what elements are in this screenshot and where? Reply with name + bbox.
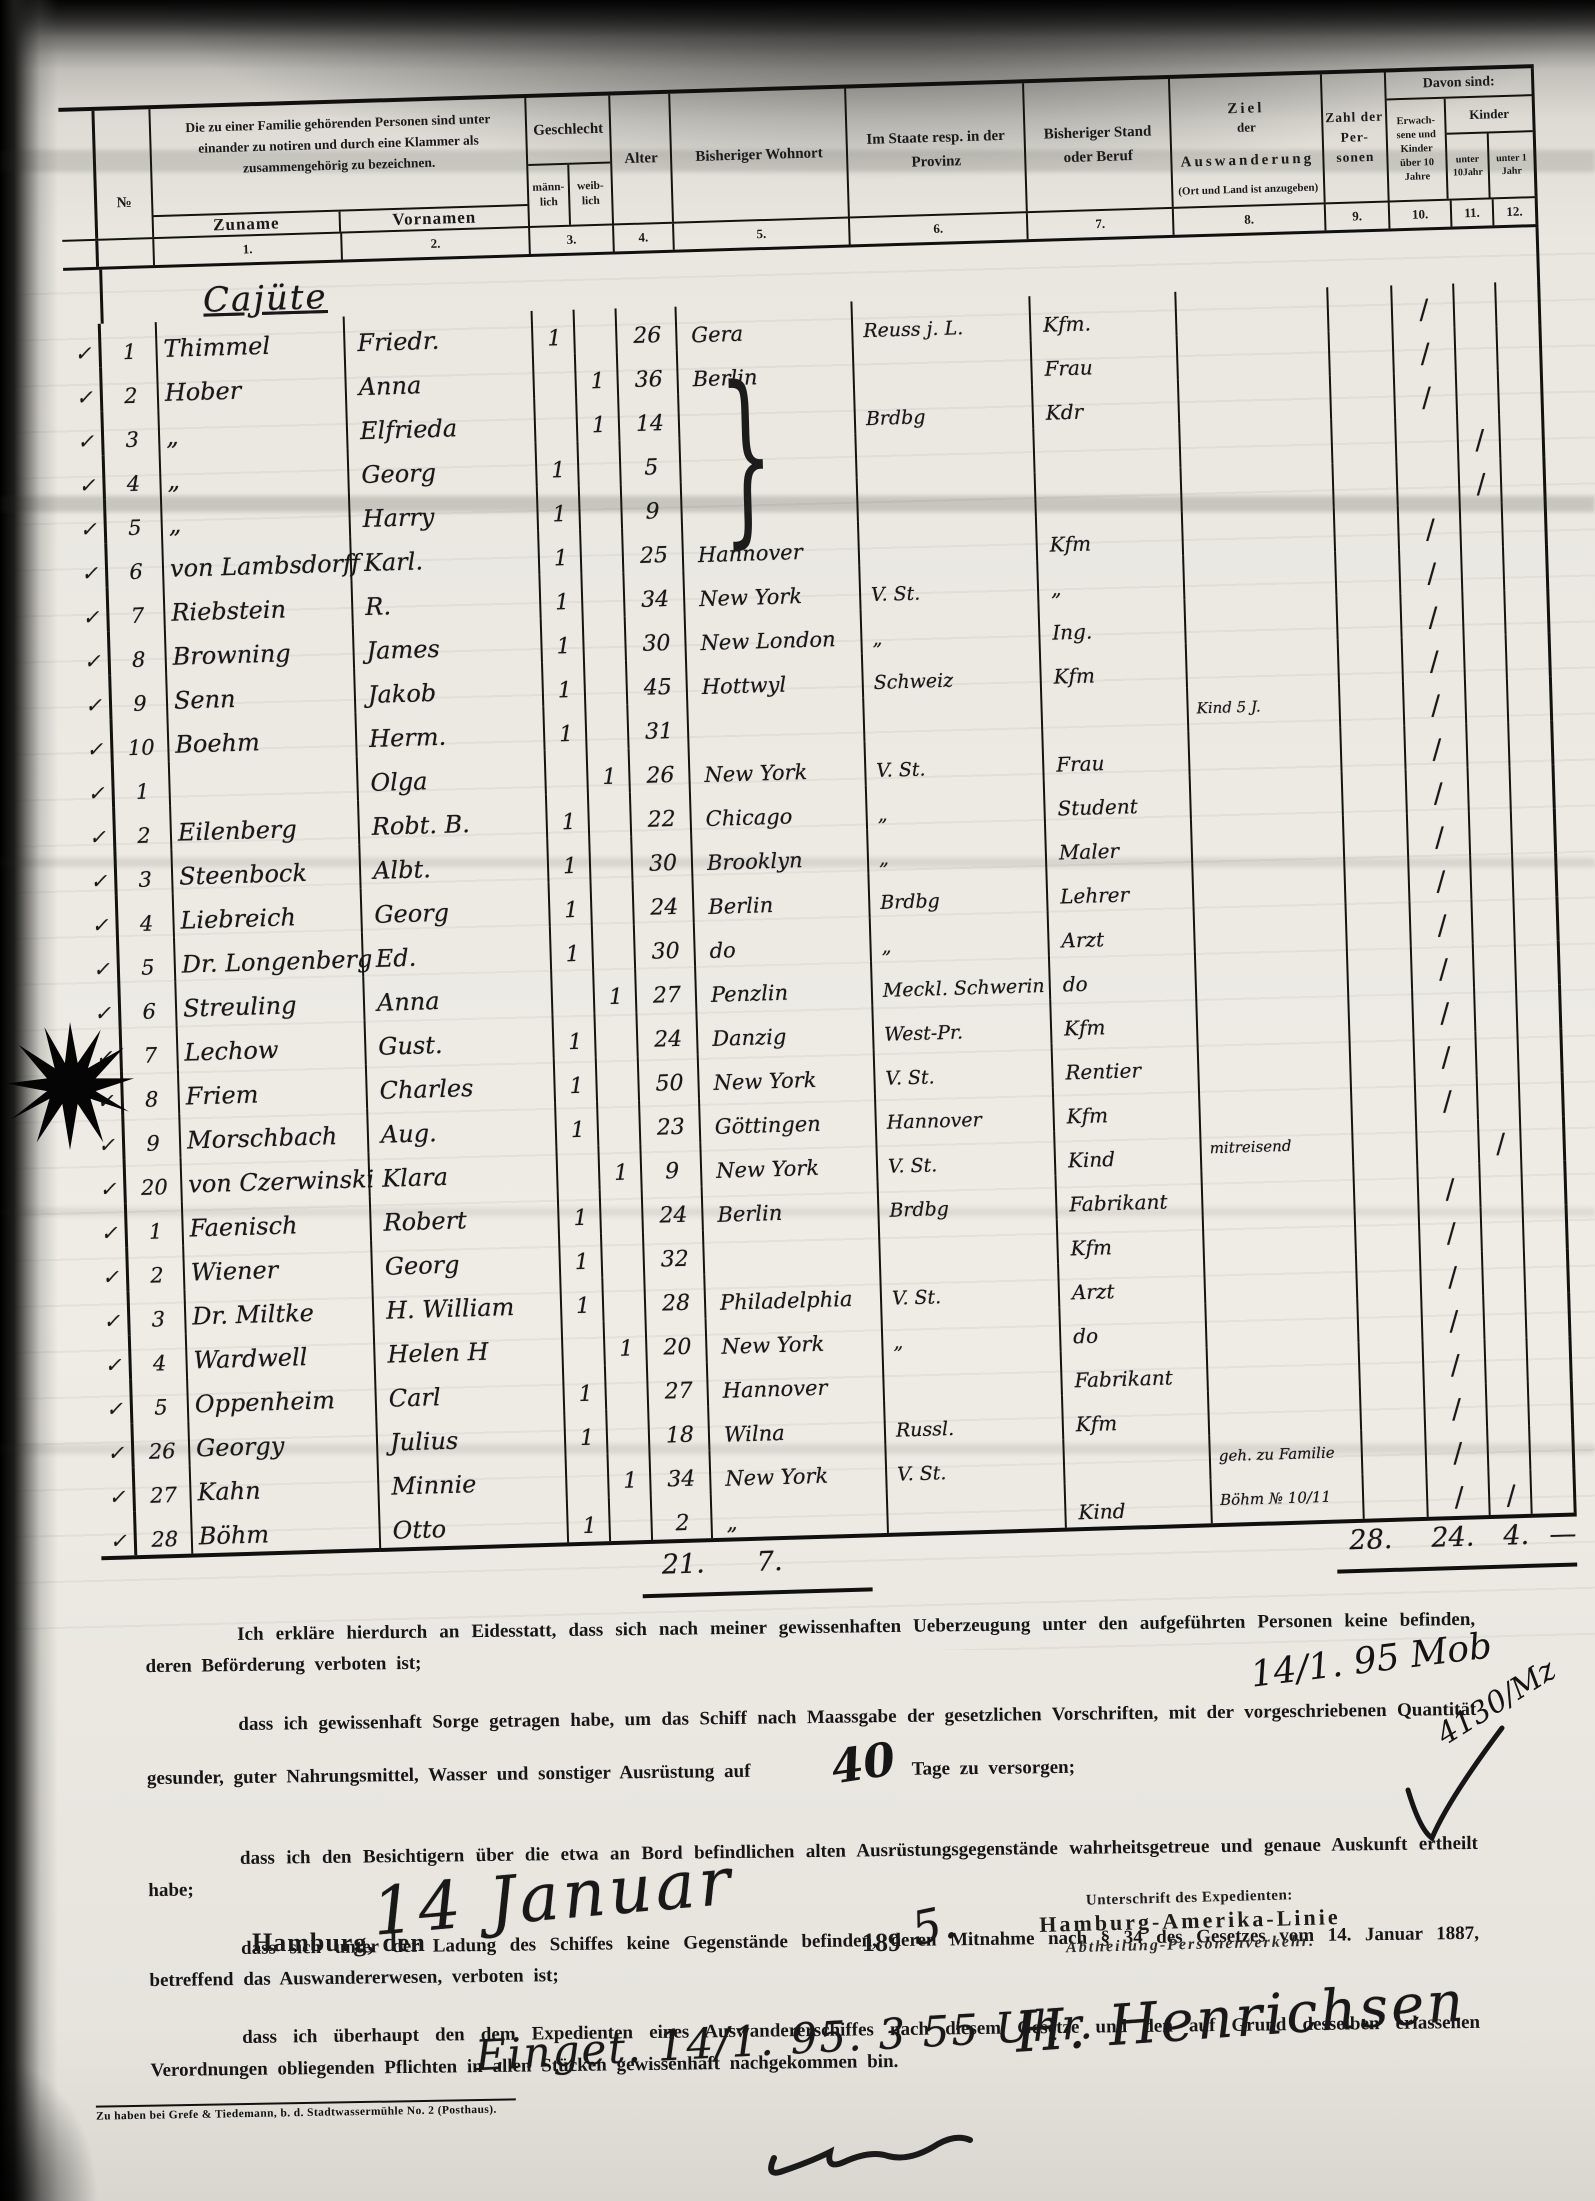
cell-no: 4 [118,894,175,940]
cell-zi [1187,639,1340,687]
cell-k10 [1455,326,1498,371]
cell-m: 1 [536,442,579,487]
cell-ad: ∕ [1408,811,1471,857]
cell-al: 50 [639,1054,700,1100]
cell-wo: Chicago [691,785,868,834]
cell-no: 27 [135,1466,192,1512]
cell-m: 1 [556,1101,599,1146]
cell-al: 14 [619,395,680,441]
cell-k10 [1483,1250,1526,1295]
cell-w: 1 [608,1452,651,1497]
scan-edge-bottom [0,1981,140,2201]
cell-k10 [1454,282,1497,327]
column-number: 7. [1028,209,1175,239]
cell-w [593,924,636,969]
cell-m: 1 [551,925,594,970]
cell-za [1353,1121,1418,1167]
column-number: 10. [1390,201,1453,229]
cell-m [546,749,589,794]
cell-zi [1180,419,1333,467]
cell-vo: Karl. [351,531,540,581]
cell-ad: ∕ [1404,679,1467,725]
cell-za [1354,1165,1419,1211]
cell-pr [888,1484,1067,1533]
scan-streak [0,496,1595,512]
cell-vo: Minnie [379,1454,568,1504]
cell-pr [884,1352,1063,1401]
cell-al: 34 [650,1450,711,1496]
cell-zu: „ [161,448,350,498]
cell-ck: ✓ [79,808,116,853]
cell-k10 [1462,546,1505,591]
cell-pr [864,692,1043,741]
cell-al: 25 [623,527,684,573]
cell-pr [854,340,1033,389]
cell-zi [1205,1255,1358,1303]
cell-m: 1 [550,881,593,926]
cell-w [597,1056,640,1101]
cell-wo: Danzig [697,1005,874,1054]
cell-be: Kfm [1054,1083,1201,1131]
cell-be: Fabrikant [1062,1347,1209,1395]
cell-be: Kfm. [1030,292,1177,340]
cell-wo: Wilna [709,1401,886,1450]
cell-za [1350,1033,1415,1079]
cell-zi [1196,947,1349,995]
manifest-table: № Die zu einer Familie gehörenden Person… [58,64,1578,1620]
cell-m [534,354,577,399]
cell-zu: Senn [167,668,356,718]
cell-ad [1396,416,1459,462]
cell-k1 [1505,589,1550,634]
cell-ck: ✓ [83,939,120,984]
check-column-header [58,111,98,240]
cell-be: „ [1038,556,1185,604]
cell-k1 [1517,985,1562,1030]
cell-zu: Kahn [191,1460,380,1510]
cell-wo: „ [712,1489,889,1538]
cell-m [552,969,595,1014]
cell-vo: Anna [364,971,553,1021]
ziel-header: Ziel der Auswanderung (Ort und Land ist … [1170,74,1326,206]
cell-ad: ∕ [1424,1339,1487,1385]
cell-pr: Brdbg [879,1176,1058,1225]
cell-m: 1 [547,793,590,838]
cell-vo: Friedr. [345,311,534,361]
cell-zi [1179,375,1332,423]
cell-ad: ∕ [1416,1075,1479,1121]
cell-zi [1176,287,1329,335]
cell-ad: ∕ [1418,1163,1481,1209]
cell-vo: Aug. [368,1103,557,1153]
cell-al: 34 [624,571,685,617]
total-personen: 28. [1349,1524,1393,1556]
cell-zu: „ [159,404,348,454]
cell-pr: West-Pr. [873,1000,1052,1049]
zahl-header: Zahl der Per- sonen [1322,72,1390,202]
cell-no: 9 [111,674,168,720]
cell-zi [1197,991,1350,1039]
cell-vo: Georg [362,883,551,933]
cell-no: 2 [115,806,172,852]
cell-vo: Carl [376,1366,565,1416]
scanned-passenger-list: № Die zu einer Familie gehörenden Person… [0,0,1595,2201]
cell-ad: ∕ [1407,767,1470,813]
cell-zi: Böhm № 10/11 [1212,1475,1365,1523]
cell-no: 10 [112,718,169,764]
cell-zu: Boehm [168,712,357,762]
cell-w: 1 [594,968,637,1013]
cell-k10 [1487,1382,1530,1427]
cell-wo: New York [684,565,861,614]
cell-zi [1192,815,1345,863]
cell-w [582,572,625,617]
cell-w [578,440,621,485]
num-spacer [98,239,155,267]
cell-k10 [1469,766,1512,811]
cell-vo: H. William [373,1278,562,1328]
cell-zi [1200,1079,1353,1127]
cell-ck: ✓ [100,1511,137,1556]
scan-streak [0,858,1595,867]
cell-be: Kfm [1058,1215,1205,1263]
cell-w [581,528,624,573]
cell-m: 1 [539,530,582,575]
cell-al: 45 [627,658,688,704]
cell-no: 8 [110,630,167,676]
cell-be: Kfm [1041,644,1188,692]
cell-be: Frau [1032,336,1179,384]
cell-k10 [1485,1338,1528,1383]
cell-zu: Georgy [189,1416,378,1466]
cell-ck: ✓ [67,412,104,457]
cell-ck: ✓ [93,1291,130,1336]
cell-vo: R. [352,575,541,625]
cell-vo: James [354,619,543,669]
column-number: 2. [342,228,531,260]
cell-vo: Klara [369,1147,558,1197]
cell-za [1335,505,1400,551]
cell-m: 1 [561,1277,604,1322]
cell-no: 28 [136,1510,193,1556]
cell-zi: mitreisend [1201,1123,1354,1171]
cell-al: 30 [626,615,687,661]
column-number: 11. [1452,199,1495,226]
cell-ad: ∕ [1393,328,1456,374]
cell-k1 [1499,369,1544,414]
declaration-p2: dass ich gewissenhaft Sorge getragen hab… [146,1694,1477,1817]
cell-k1 [1520,1073,1565,1118]
cell-wo: Hottwyl [687,653,864,702]
scan-streak [0,1208,1595,1216]
cell-k1 [1510,765,1555,810]
cell-zu: Eilenberg [171,800,360,850]
cell-vo: Robt. B. [359,795,548,845]
cell-pr [880,1220,1059,1269]
cell-no: 4 [131,1334,188,1380]
cell-vo: Olga [358,751,547,801]
cell-za [1336,549,1401,595]
column-number: 4. [614,224,675,252]
cell-ck: ✓ [71,544,108,589]
cell-k10 [1480,1162,1523,1207]
cell-zu: von Lambsdorff [163,536,352,586]
cell-k10 [1472,898,1515,943]
cell-be [1042,688,1189,736]
cell-pr: „ [862,604,1041,653]
cell-ad: ∕ [1403,635,1466,681]
cell-be: Arzt [1059,1259,1206,1307]
cell-wo: Gera [676,301,853,350]
cell-m: 1 [544,705,587,750]
cell-za [1357,1253,1422,1299]
cell-ad: ∕ [1422,1295,1485,1341]
cell-vo: Jakob [355,663,544,713]
cell-ad: ∕ [1392,284,1455,330]
cell-m: 1 [542,618,585,663]
column-number: 5. [674,218,851,249]
cell-pr: V. St. [860,560,1039,609]
column-number: 6. [850,213,1029,244]
cell-pr: Meckl. Schwerin [872,956,1051,1005]
cell-zi [1195,903,1348,951]
cell-k1 [1508,677,1553,722]
cell-zu: Böhm [192,1504,381,1554]
cell-ad: ∕ [1413,987,1476,1033]
ink-blot-star [6,1022,134,1150]
cell-w [610,1496,653,1541]
cell-wo [680,433,857,482]
cell-k10 [1478,1074,1521,1119]
cell-w [606,1364,649,1409]
cell-za [1339,637,1404,683]
cell-al: 36 [618,351,679,397]
cell-wo [688,697,865,746]
cell-no: 3 [103,410,160,456]
cell-wo: do [695,917,872,966]
cell-ad: ∕ [1425,1383,1488,1429]
cell-ck: ✓ [69,456,106,501]
cell-no: 1 [101,322,158,368]
cell-k10: ∕ [1458,414,1501,459]
cell-ad: ∕ [1400,547,1463,593]
weiblich-header: weib- lich [569,164,612,225]
cell-al: 32 [644,1230,705,1276]
cell-k10 [1475,986,1518,1031]
cell-w [603,1276,646,1321]
cell-pr: Schweiz [863,648,1042,697]
cell-vo: Helen H [375,1322,564,1372]
cell-za [1358,1297,1423,1343]
cell-zi: Kind 5 J. [1188,683,1341,731]
cell-ck: ✓ [65,324,102,369]
cell-m: 1 [568,1497,611,1542]
cell-wo: New York [699,1049,876,1098]
cell-zu: Dr. Miltke [185,1284,374,1334]
cell-al: 31 [628,702,689,748]
cell-ad [1417,1119,1480,1165]
cell-w: 1 [605,1320,648,1365]
cell-w [598,1100,641,1145]
cell-wo: Berlin [693,873,870,922]
cell-be [1064,1435,1211,1483]
cell-m: 1 [553,1013,596,1058]
cell-k1 [1522,1161,1567,1206]
total-erwachsene: 24. [1431,1522,1475,1554]
cell-al: 27 [648,1362,709,1408]
cell-k10 [1476,1030,1519,1075]
cell-wo: Hannover [683,521,860,570]
cell-zi [1191,771,1344,819]
cell-k10 [1457,370,1500,415]
cell-wo: New London [686,609,863,658]
cell-zu: Hober [158,360,347,410]
cell-zu: Oppenheim [188,1372,377,1422]
cell-zu: Dr. Longenberg [175,932,364,982]
cell-za [1331,373,1396,419]
column-number: 8. [1174,204,1327,234]
cell-ck: ✓ [66,368,103,413]
cell-al: 28 [645,1274,706,1320]
cell-al: 30 [635,922,696,968]
cell-w [602,1232,645,1277]
cell-al: 26 [617,307,678,353]
scan-edge-top [0,0,1595,70]
cell-k1 [1525,1249,1570,1294]
cell-m [535,398,578,443]
cell-w: 1 [599,1144,642,1189]
cell-k1 [1512,809,1557,854]
scan-streak [0,150,1595,172]
cell-ck: ✓ [78,764,115,809]
cell-k10 [1470,810,1513,855]
cell-w [585,660,628,705]
cell-wo: Philadelphia [705,1269,882,1318]
cell-ad: ∕ [1427,1471,1490,1517]
cell-za [1363,1473,1428,1519]
cell-za [1361,1385,1426,1431]
cell-za [1341,725,1406,771]
scan-streak [0,1444,1595,1454]
cell-zi [1204,1211,1357,1259]
cell-pr: „ [867,780,1046,829]
cell-no: 5 [132,1378,189,1424]
cell-ad: ∕ [1414,1031,1477,1077]
cell-zu: Wardwell [187,1328,376,1378]
cell-no: 20 [126,1158,183,1204]
cell-be: Frau [1043,732,1190,780]
cell-wo: New York [690,741,867,790]
cell-za [1352,1077,1417,1123]
cell-be: do [1050,952,1197,1000]
cell-pr: V. St. [875,1044,1054,1093]
cell-pr: Reuss j. L. [852,296,1031,345]
cell-wo: Berlin [703,1181,880,1230]
cell-vo: Anna [346,355,535,405]
cell-ad: ∕ [1410,899,1473,945]
cell-be: Kfm [1051,995,1198,1043]
cell-no: 2 [102,366,159,412]
cell-pr: Hannover [876,1088,1055,1137]
cell-al: 23 [640,1098,701,1144]
kinder-header: Kinder [1446,96,1533,135]
cell-w [589,792,632,837]
cell-zi [1183,507,1336,555]
cell-ck: ✓ [82,895,119,940]
cell-al: 5 [620,439,681,485]
cell-ck: ✓ [75,676,112,721]
cell-be: Kfm [1037,512,1184,560]
maennlich-header: männ- lich [528,165,571,226]
cell-zi [1208,1343,1361,1391]
cell-za [1343,769,1408,815]
cell-w [575,308,618,353]
cell-wo: Brooklyn [692,829,869,878]
cell-w [584,616,627,661]
cell-k1 [1527,1337,1572,1382]
cell-wo: Hannover [708,1357,885,1406]
cell-wo [679,389,856,438]
cell-m [557,1145,600,1190]
cell-za [1332,417,1397,463]
cell-za [1348,945,1413,991]
cell-k1 [1531,1468,1576,1513]
cell-vo: Herm. [356,707,545,757]
cell-be: Ing. [1039,600,1186,648]
cell-k1 [1500,413,1545,458]
cell-wo: New York [707,1313,884,1362]
davon-header: Davon sind: [1386,68,1532,100]
total-maennlich: 21. [661,1548,705,1580]
cell-m [563,1321,606,1366]
cell-k10: ∕ [1479,1118,1522,1163]
total-kinder1: — [1549,1518,1577,1550]
cell-ck: ✓ [74,632,111,677]
cell-zu: Lechow [178,1020,367,1070]
cell-pr: Brdbg [869,868,1048,917]
cell-w [586,704,629,749]
cell-m: 1 [560,1233,603,1278]
num-spacer [62,241,99,268]
cell-al: 24 [637,1010,698,1056]
cell-k1 [1521,1117,1566,1162]
cell-no: 1 [114,762,171,808]
number-column-header: № [94,109,154,239]
cell-pr [856,428,1035,477]
cell-zu: Riebstein [165,580,354,630]
cell-vo: Otto [380,1498,569,1548]
cell-m: 1 [564,1365,607,1410]
cell-zu [170,756,359,806]
cell-za [1344,813,1409,859]
cell-k10 [1484,1294,1527,1339]
declaration-p4: dass sich unter der Ladung des Schiffes … [149,1917,1480,1996]
cell-no: 3 [116,850,173,896]
cell-al: 22 [631,790,692,836]
cell-ck: ✓ [90,1159,127,1204]
cell-za [1360,1341,1425,1387]
cell-pr: V. St. [877,1132,1056,1181]
cell-vo: Georg [372,1235,561,1285]
cell-zu: Wiener [184,1240,373,1290]
cell-w: 1 [577,396,620,441]
cell-k1 [1518,1029,1563,1074]
cell-al: 2 [652,1494,713,1540]
cell-be: Arzt [1049,908,1196,956]
cell-zi [1184,551,1337,599]
cell-w [595,1012,638,1057]
cell-wo: Berlin [678,345,855,394]
